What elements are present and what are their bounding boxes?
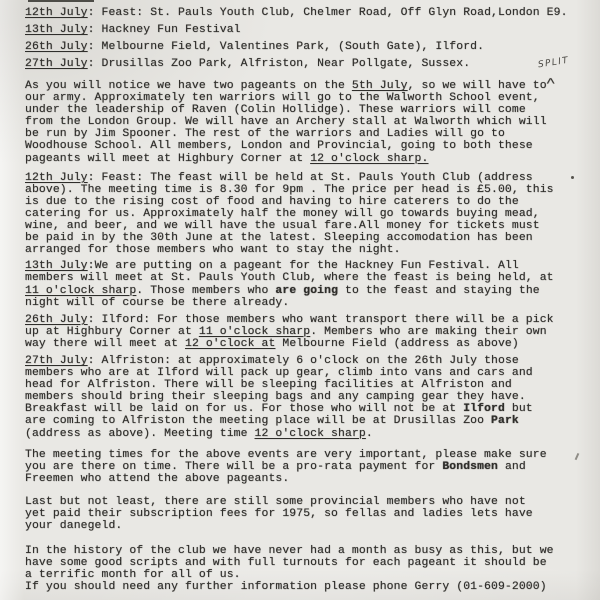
- document-line: wine, and beer, and we will have the usu…: [25, 220, 600, 232]
- text-run: members should bring their sleeping bags…: [25, 391, 526, 403]
- text-run: are coming to Alfriston the meeting plac…: [25, 415, 491, 427]
- text-run: arranged for those members who want to s…: [25, 244, 401, 256]
- bold-text: are going: [275, 285, 338, 297]
- document-line: are coming to Alfriston the meeting plac…: [25, 415, 600, 427]
- document-line: 13th July: Hackney Fun Festival: [25, 22, 600, 39]
- document-line: head for Alfriston. There will be sleepi…: [25, 379, 600, 391]
- document-line: members will meet at St. Pauls Youth Clu…: [25, 272, 600, 284]
- underlined-text: 27th July: [25, 58, 88, 70]
- underlined-text: 12 o'clock sharp.: [310, 153, 428, 165]
- document-line: 26th July: Melbourne Field, Valentines P…: [25, 39, 600, 56]
- document-line: In the history of the club we have never…: [25, 545, 600, 557]
- underlined-text: 12 o'clock sharp: [255, 428, 366, 440]
- document-body: 12th July: Feast: St. Pauls Youth Club, …: [25, 5, 600, 594]
- text-run: to the feast and staying the: [338, 285, 540, 297]
- document-line: 11 o'clock sharp. Those members who are …: [25, 285, 600, 297]
- underlined-text: 12th July: [25, 172, 88, 184]
- paragraph-alfriston-27th: 27th July: Alfriston: at approximately 6…: [25, 355, 600, 440]
- text-run: yet paid their subscription fees for 197…: [25, 508, 533, 520]
- paragraph-hackney-13th: 13th July:We are putting on a pageant fo…: [25, 260, 600, 308]
- text-run: . Those members who: [136, 285, 275, 297]
- paragraph-intro: As you will notice we have two pageants …: [25, 79, 600, 165]
- text-run: :We are putting on a pageant for the Hac…: [88, 260, 519, 272]
- text-run: Freemen who attend the above pageants.: [25, 473, 289, 485]
- underlined-text: 11 o'clock sharp: [199, 326, 310, 338]
- document-line: 26th July: Ilford: For those members who…: [25, 314, 600, 326]
- paragraph-ilford-26th: 26th July: Ilford: For those members who…: [25, 314, 600, 350]
- paragraph-feast-12th: 12th July: Feast: The feast will be held…: [25, 172, 600, 257]
- text-run: Melbourne Field (address as above): [275, 338, 518, 350]
- underlined-text: 26th July: [25, 41, 88, 53]
- document-line: is due to the rising cost of food and ha…: [25, 196, 600, 208]
- underlined-text: 13th July: [25, 24, 88, 36]
- text-run: be run by Jim Spooner. The rest of the w…: [25, 128, 505, 140]
- text-run: a terrific month for all of us.: [25, 569, 241, 581]
- text-run: up at Highbury Corner at: [25, 326, 199, 338]
- scan-speck: [571, 176, 574, 179]
- text-run: Last but not least, there are still some…: [25, 496, 526, 508]
- text-run: : Alfriston: at approximately 6 o'clock …: [88, 355, 519, 367]
- text-run: members who are at Ilford will pack up g…: [25, 367, 533, 379]
- paragraph-closing: In the history of the club we have never…: [25, 545, 600, 593]
- text-run: : Hackney Fun Festival: [88, 24, 241, 36]
- text-run: above). The meeting time is 8.30 for 9pm…: [25, 184, 554, 196]
- document-line: 12th July: Feast: The feast will be held…: [25, 172, 600, 184]
- text-run: : Drusillas Zoo Park, Alfriston, Near Po…: [88, 58, 471, 70]
- text-run: you are there on time. There will be a p…: [25, 461, 442, 473]
- document-line: 27th July: Alfriston: at approximately 6…: [25, 355, 600, 367]
- text-run: head for Alfriston. There will be sleepi…: [25, 379, 512, 391]
- underlined-text: 12th July: [25, 7, 88, 19]
- text-run: and: [498, 461, 526, 473]
- text-run: : Feast: The feast will be held at St. P…: [88, 172, 533, 184]
- text-run: from the London Group. We will have an A…: [25, 116, 547, 128]
- document-line: be run by Jim Spooner. The rest of the w…: [25, 128, 600, 140]
- paragraph-meeting-times: The meeting times for the above events a…: [25, 449, 600, 485]
- document-line: yet paid their subscription fees for 197…: [25, 508, 600, 520]
- underlined-text: 5th July: [352, 80, 408, 92]
- underlined-text: 26th July: [25, 314, 88, 326]
- document-line: under the leadership of Raven (Colin Hol…: [25, 104, 600, 116]
- bold-text: Park: [491, 415, 519, 427]
- document-line: you are there on time. There will be a p…: [25, 461, 600, 473]
- document-line: way there will meet at 12 o'clock at Mel…: [25, 338, 600, 350]
- text-run: way there will meet at: [25, 338, 185, 350]
- text-run: (address as above). Meeting time: [25, 428, 255, 440]
- text-run: : Melbourne Field, Valentines Park, (Sou…: [88, 41, 484, 53]
- document-line: from the London Group. We will have an A…: [25, 116, 600, 128]
- document-line: If you should need any further informati…: [25, 581, 600, 593]
- text-run: : Feast: St. Pauls Youth Club, Chelmer R…: [88, 7, 568, 19]
- underlined-text: 12 o'clock at: [185, 338, 275, 350]
- document-page: 12th July: Feast: St. Pauls Youth Club, …: [0, 0, 600, 600]
- text-run: is due to the rising cost of food and ha…: [25, 196, 519, 208]
- text-run: have some good scripts and with full tur…: [25, 557, 547, 569]
- text-run: .: [366, 428, 373, 440]
- underlined-text: 27th July: [25, 355, 88, 367]
- text-run: : Ilford: For those members who want tra…: [88, 314, 554, 326]
- underlined-text: 13th July: [25, 260, 88, 272]
- text-run: but: [505, 403, 533, 415]
- document-line: Freemen who attend the above pageants.: [25, 473, 600, 485]
- document-line: your danegeld.: [25, 520, 600, 532]
- insertion-caret: ^: [545, 77, 555, 89]
- text-run: under the leadership of Raven (Colin Hol…: [25, 104, 526, 116]
- document-line: our army. Approximately ten warriors wil…: [25, 92, 600, 104]
- text-run: Breakfast will be laid on for us. For th…: [25, 403, 463, 415]
- document-line: Woodhouse School. All members, London an…: [25, 140, 600, 152]
- document-line: up at Highbury Corner at 11 o'clock shar…: [25, 326, 600, 338]
- document-line: catering for us. Approximately half the …: [25, 208, 600, 220]
- text-run: our army. Approximately ten warriors wil…: [25, 92, 540, 104]
- paragraph-schedule: 12th July: Feast: St. Pauls Youth Club, …: [25, 5, 600, 73]
- text-run: Woodhouse School. All members, London an…: [25, 140, 533, 152]
- text-run: If you should need any further informati…: [25, 581, 547, 593]
- text-run: In the history of the club we have never…: [25, 545, 554, 557]
- document-line: (address as above). Meeting time 12 o'cl…: [25, 428, 600, 440]
- document-line: be paid in by the 30th June at the lates…: [25, 232, 600, 244]
- document-line: have some good scripts and with full tur…: [25, 557, 600, 569]
- document-line: members who are at Ilford will pack up g…: [25, 367, 600, 379]
- text-run: catering for us. Approximately half the …: [25, 208, 540, 220]
- text-run: be paid in by the 30th June at the lates…: [25, 232, 533, 244]
- document-line: 13th July:We are putting on a pageant fo…: [25, 260, 600, 272]
- underlined-text: 11 o'clock sharp: [25, 285, 136, 297]
- text-run: night will of course be there already.: [25, 297, 289, 309]
- document-line: 12th July: Feast: St. Pauls Youth Club, …: [25, 5, 600, 22]
- text-run: your danegeld.: [25, 520, 122, 532]
- cropped-underline-artifact: [28, 0, 94, 2]
- document-line: a terrific month for all of us.: [25, 569, 600, 581]
- document-line: As you will notice we have two pageants …: [25, 79, 600, 92]
- document-line: arranged for those members who want to s…: [25, 244, 600, 256]
- document-line: The meeting times for the above events a…: [25, 449, 600, 461]
- document-line: night will of course be there already.: [25, 297, 600, 309]
- text-run: . Members who are making their own: [310, 326, 547, 338]
- document-line: Last but not least, there are still some…: [25, 496, 600, 508]
- text-run: The meeting times for the above events a…: [25, 449, 547, 461]
- text-run: wine, and beer, and we will have the usu…: [25, 220, 540, 232]
- document-line: members should bring their sleeping bags…: [25, 391, 600, 403]
- document-line: Breakfast will be laid on for us. For th…: [25, 403, 600, 415]
- bold-text: Ilford: [463, 403, 505, 415]
- document-line: above). The meeting time is 8.30 for 9pm…: [25, 184, 600, 196]
- text-run: members will meet at St. Pauls Youth Clu…: [25, 272, 554, 284]
- document-line: pageants will meet at Highbury Corner at…: [25, 153, 600, 165]
- paragraph-subscriptions: Last but not least, there are still some…: [25, 496, 600, 532]
- text-run: pageants will meet at Highbury Corner at: [25, 153, 310, 165]
- text-run: , so we will have to: [408, 80, 547, 92]
- bold-text: Bondsmen: [442, 461, 498, 473]
- text-run: As you will notice we have two pageants …: [25, 80, 352, 92]
- document-line: 27th July: Drusillas Zoo Park, Alfriston…: [25, 56, 600, 73]
